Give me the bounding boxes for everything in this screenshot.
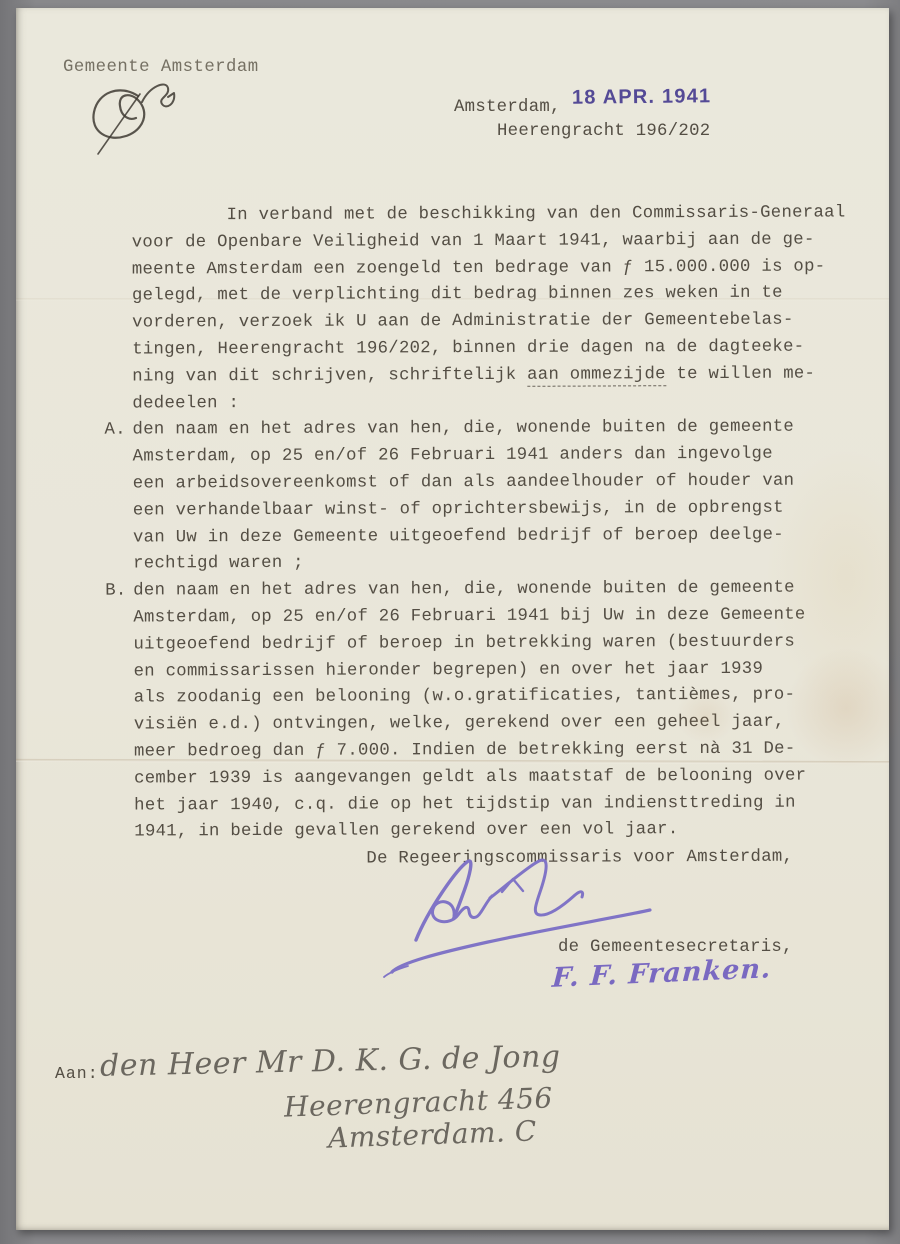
addressee-name-handwriting: den Heer Mr D. K. G. de Jong xyxy=(100,1039,561,1084)
sender-address: Heerengracht 196/202 xyxy=(497,122,710,141)
list-item-b: B. den naam en het adres van hen, die, w… xyxy=(133,576,834,847)
body-line: van Uw in deze Gemeente uitgeoefend bedr… xyxy=(133,522,833,552)
body-line: voor de Openbare Veiligheid van 1 Maart … xyxy=(132,227,832,257)
body-line: een verhandelbaar winst- of oprichtersbe… xyxy=(133,495,833,525)
addressee-prefix: Aan: xyxy=(55,1064,99,1083)
body-text-segment: ning van dit schrijven, schriftelijk xyxy=(132,366,527,387)
list-label-b: B. xyxy=(105,579,126,606)
letter-body: In verband met de beschikking van den Co… xyxy=(132,200,835,874)
body-line: als zoodanig een belooning (w.o.gratific… xyxy=(134,683,834,713)
body-line: en commissarissen hieronder begrepen) en… xyxy=(134,656,834,686)
body-line: cember 1939 is aangevangen geldt als maa… xyxy=(134,763,834,793)
body-line: rechtigd waren ; xyxy=(133,549,833,579)
body-line: 1941, in beide gevallen gerekend over ee… xyxy=(134,817,834,847)
body-line: visiën e.d.) ontvingen, welke, gerekend … xyxy=(134,710,834,740)
body-line: tingen, Heerengracht 196/202, binnen dri… xyxy=(132,334,832,364)
body-line: dedeelen : xyxy=(132,388,832,418)
body-text-segment: te willen me- xyxy=(666,364,815,384)
list-item-a: A. den naam en het adres van hen, die, w… xyxy=(132,415,833,579)
body-line: den naam en het adres van hen, die, wone… xyxy=(132,415,832,445)
body-line: gelegd, met de verplichting dit bedrag b… xyxy=(132,281,832,311)
date-stamp: 18 APR. 1941 xyxy=(572,85,712,109)
body-line: Amsterdam, op 25 en/of 26 Februari 1941 … xyxy=(133,602,833,632)
letter-document: Gemeente Amsterdam Amsterdam, 18 APR. 19… xyxy=(16,8,889,1230)
underlined-phrase: aan ommezijde xyxy=(527,365,666,387)
body-line-with-underline: ning van dit schrijven, schriftelijk aan… xyxy=(132,361,832,391)
addressee-city-handwriting: Amsterdam. C xyxy=(327,1114,537,1154)
body-line: In verband met de beschikking van den Co… xyxy=(132,200,832,230)
body-line: uitgeoefend bedrijf of beroep in betrekk… xyxy=(133,629,833,659)
city-date-line: Amsterdam, xyxy=(454,98,561,117)
registration-mark-d3-handwriting xyxy=(68,74,198,169)
body-line: een arbeidsovereenkomst of dan als aande… xyxy=(133,468,833,498)
body-line: den naam en het adres van hen, die, wone… xyxy=(133,576,833,606)
body-line: vorderen, verzoek ik U aan de Administra… xyxy=(132,308,832,338)
body-line: Amsterdam, op 25 en/of 26 Februari 1941 … xyxy=(133,442,833,472)
list-label-a: A. xyxy=(104,418,125,445)
body-line: het jaar 1940, c.q. die op het tijdstip … xyxy=(134,790,834,820)
body-line: meer bedroeg dan ƒ 7.000. Indien de betr… xyxy=(134,736,834,766)
body-line: meente Amsterdam een zoengeld ten bedrag… xyxy=(132,254,832,284)
